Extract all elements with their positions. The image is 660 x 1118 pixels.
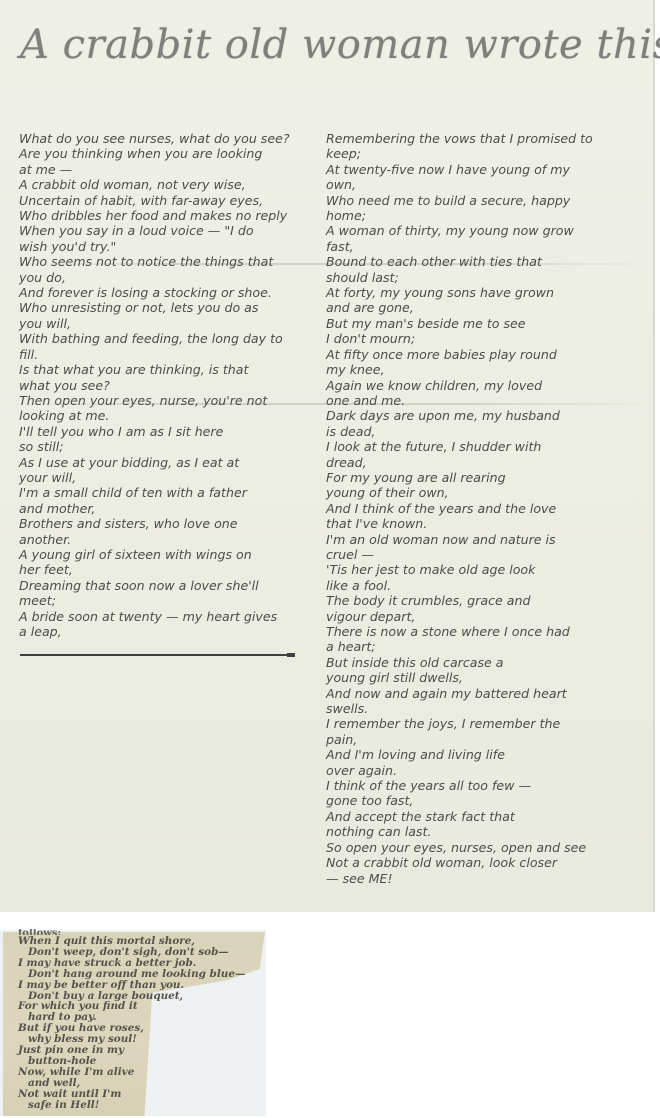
poem-line: cruel — (326, 547, 616, 562)
poem-line: I'm an old woman now and nature is (326, 532, 616, 547)
poem-line: a leap, (19, 624, 309, 639)
clipping-line: Don't hang around me looking blue— (18, 969, 245, 980)
poem-line: fast, (326, 239, 616, 254)
poem-line: But inside this old carcase a (326, 655, 616, 670)
poem-line: At forty, my young sons have grown (326, 285, 616, 300)
poem-line: For my young are all rearing (326, 470, 616, 485)
poem-title: A crabbit old woman wrote this (20, 22, 660, 68)
poem-line: I remember the joys, I remember the (326, 716, 616, 731)
poem-line: home; (326, 208, 616, 223)
poem-line: — see ME! (326, 871, 616, 886)
poem-line: Who dribbles her food and makes no reply (19, 208, 309, 223)
poem-line: vigour depart, (326, 609, 616, 624)
poem-line: keep; (326, 146, 616, 161)
poem-page: A crabbit old woman wrote this What do y… (0, 0, 655, 912)
clipping-line: Not wait until I'm (18, 1089, 245, 1100)
poem-line: The body it crumbles, grace and (326, 593, 616, 608)
poem-line: I think of the years all too few — (326, 778, 616, 793)
poem-line: At fifty once more babies play round (326, 347, 616, 362)
poem-line: What do you see nurses, what do you see? (19, 131, 309, 146)
poem-line: Remembering the vows that I promised to (326, 131, 616, 146)
poem-line: so still; (19, 439, 309, 454)
poem-line: like a fool. (326, 578, 616, 593)
poem-line: A woman of thirty, my young now grow (326, 223, 616, 238)
poem-line: I'm a small child of ten with a father (19, 485, 309, 500)
poem-line: Bound to each other with ties that (326, 254, 616, 269)
poem-line: young of their own, (326, 485, 616, 500)
poem-line: you will, (19, 316, 309, 331)
poem-line: meet; (19, 593, 309, 608)
poem-line: And forever is losing a stocking or shoe… (19, 285, 309, 300)
poem-line: Who need me to build a secure, happy (326, 193, 616, 208)
poem-line: I'll tell you who I am as I sit here (19, 424, 309, 439)
poem-line: A young girl of sixteen with wings on (19, 547, 309, 562)
poem-line: And I'm loving and living life (326, 747, 616, 762)
poem-line: fill. (19, 347, 309, 362)
poem-line: Who seems not to notice the things that (19, 254, 309, 269)
poem-line: Is that what you are thinking, is that (19, 362, 309, 377)
poem-line: wish you'd try." (19, 239, 309, 254)
poem-line: and are gone, (326, 300, 616, 315)
poem-line: At twenty-five now I have young of my (326, 162, 616, 177)
poem-line: swells. (326, 701, 616, 716)
clipping-verse: When I quit this mortal shore,Don't weep… (18, 936, 245, 1111)
poem-line: There is now a stone where I once had (326, 624, 616, 639)
poem-line: 'Tis her jest to make old age look (326, 562, 616, 577)
poem-line: I don't mourn; (326, 331, 616, 346)
poem-line: Brothers and sisters, who love one (19, 516, 309, 531)
poem-line: that I've known. (326, 516, 616, 531)
poem-line: A crabbit old woman, not very wise, (19, 177, 309, 192)
poem-line: And I think of the years and the love (326, 501, 616, 516)
poem-line: you do, (19, 270, 309, 285)
poem-line: one and me. (326, 393, 616, 408)
poem-line: I look at the future, I shudder with (326, 439, 616, 454)
poem-line: looking at me. (19, 408, 309, 423)
column-divider-rule-end (287, 653, 295, 657)
poem-line: Dark days are upon me, my husband (326, 408, 616, 423)
clipping-line: safe in Hell! (18, 1100, 245, 1111)
poem-line: her feet, (19, 562, 309, 577)
clipping-line: I may be better off than you. (18, 980, 245, 991)
poem-line: your will, (19, 470, 309, 485)
poem-line: at me — (19, 162, 309, 177)
poem-line: With bathing and feeding, the long day t… (19, 331, 309, 346)
poem-line: over again. (326, 763, 616, 778)
poem-left-column: What do you see nurses, what do you see?… (19, 131, 309, 639)
poem-line: Uncertain of habit, with far-away eyes, (19, 193, 309, 208)
poem-line: another. (19, 532, 309, 547)
poem-line: nothing can last. (326, 824, 616, 839)
poem-line: Then open your eyes, nurse, you're not (19, 393, 309, 408)
poem-line: A bride soon at twenty — my heart gives (19, 609, 309, 624)
poem-line: As I use at your bidding, as I eat at (19, 455, 309, 470)
poem-line: is dead, (326, 424, 616, 439)
poem-line: And accept the stark fact that (326, 809, 616, 824)
poem-line: Not a crabbit old woman, look closer (326, 855, 616, 870)
poem-line: When you say in a loud voice — "I do (19, 223, 309, 238)
poem-line: young girl still dwells, (326, 670, 616, 685)
poem-line: Again we know children, my loved (326, 378, 616, 393)
poem-line: Are you thinking when you are looking (19, 146, 309, 161)
poem-line: own, (326, 177, 616, 192)
poem-line: my knee, (326, 362, 616, 377)
poem-line: Dreaming that soon now a lover she'll (19, 578, 309, 593)
column-divider-rule (20, 654, 295, 656)
poem-line: dread, (326, 455, 616, 470)
poem-line: So open your eyes, nurses, open and see (326, 840, 616, 855)
poem-line: pain, (326, 732, 616, 747)
poem-right-column: Remembering the vows that I promised tok… (326, 131, 616, 886)
poem-line: a heart; (326, 639, 616, 654)
poem-line: what you see? (19, 378, 309, 393)
poem-line: But my man's beside me to see (326, 316, 616, 331)
poem-line: Who unresisting or not, lets you do as (19, 300, 309, 315)
poem-line: gone too fast, (326, 793, 616, 808)
poem-line: And now and again my battered heart (326, 686, 616, 701)
poem-line: should last; (326, 270, 616, 285)
poem-line: and mother, (19, 501, 309, 516)
